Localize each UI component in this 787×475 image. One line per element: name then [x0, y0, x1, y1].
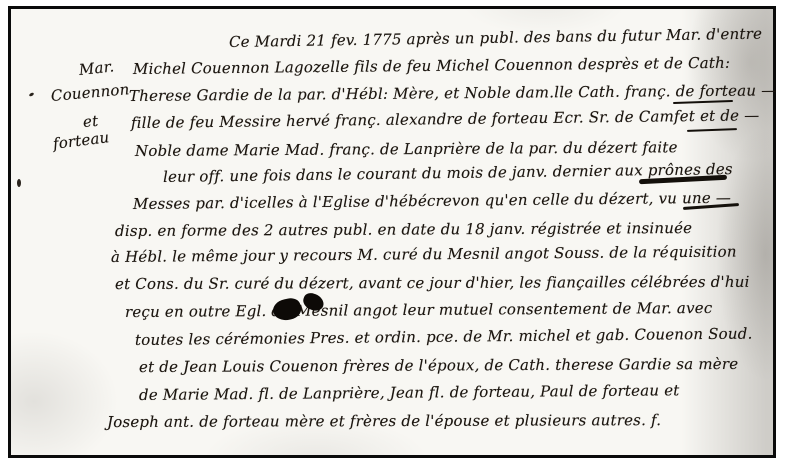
manuscript-line: et de Jean Louis Couenon frères de l'épo… [139, 355, 738, 376]
ink-speck [29, 92, 35, 97]
manuscript-line: Messes par. d'icelles à l'Eglise d'hébéc… [133, 189, 731, 213]
margin-note-line: Couennon [50, 80, 130, 105]
margin-note-line: Mar. [78, 57, 115, 79]
ink-speck [17, 179, 21, 187]
manuscript-line: reçu en outre Egl. du Mesnil angot leur … [125, 299, 713, 321]
manuscript-scan-frame: Mar. Couennon et forteau Ce Mardi 21 fev… [8, 6, 776, 458]
manuscript-line: Michel Couennon Lagozelle fils de feu Mi… [133, 54, 730, 78]
manuscript-line: toutes les cérémonies Pres. et ordin. pc… [135, 325, 753, 349]
flourish-stroke [687, 128, 737, 132]
manuscript-line: Ce Mardi 21 fev. 1775 après un publ. des… [229, 25, 762, 51]
manuscript-line: à Hébl. le même jour y recours M. curé d… [111, 243, 737, 266]
manuscript-line: fille de feu Messire hervé franç. alexan… [131, 106, 760, 132]
margin-note-line: forteau [52, 128, 110, 153]
manuscript-line: disp. en forme des 2 autres publ. en dat… [115, 219, 692, 240]
margin-note-line: et [82, 112, 99, 131]
manuscript-paper: Mar. Couennon et forteau Ce Mardi 21 fev… [11, 9, 773, 455]
manuscript-line: Noble dame Marie Mad. franç. de Lanprièr… [135, 138, 678, 160]
manuscript-line: de Marie Mad. fl. de Lanprière, Jean fl.… [139, 381, 680, 404]
manuscript-line: Joseph ant. de forteau mère et frères de… [107, 411, 661, 431]
flourish-stroke [673, 100, 733, 104]
manuscript-line: et Cons. du Sr. curé du dézert, avant ce… [115, 273, 750, 293]
